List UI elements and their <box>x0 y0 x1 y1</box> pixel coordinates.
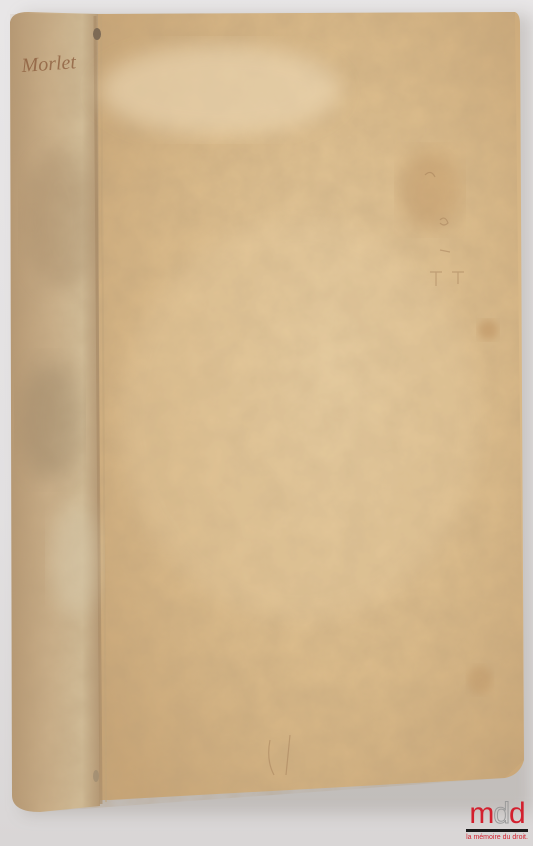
logo-tagline: la mémoire du droit. <box>462 834 532 841</box>
logo-d: d <box>509 797 525 830</box>
logo-m: m <box>469 797 493 830</box>
mdd-logo: mdd la mémoire du droit. <box>462 800 532 844</box>
book-photo: Morlet <box>0 0 533 846</box>
logo-mark: mdd <box>462 800 532 828</box>
logo-d-outline: d <box>493 797 509 830</box>
spine-inscription: Morlet <box>20 51 77 77</box>
